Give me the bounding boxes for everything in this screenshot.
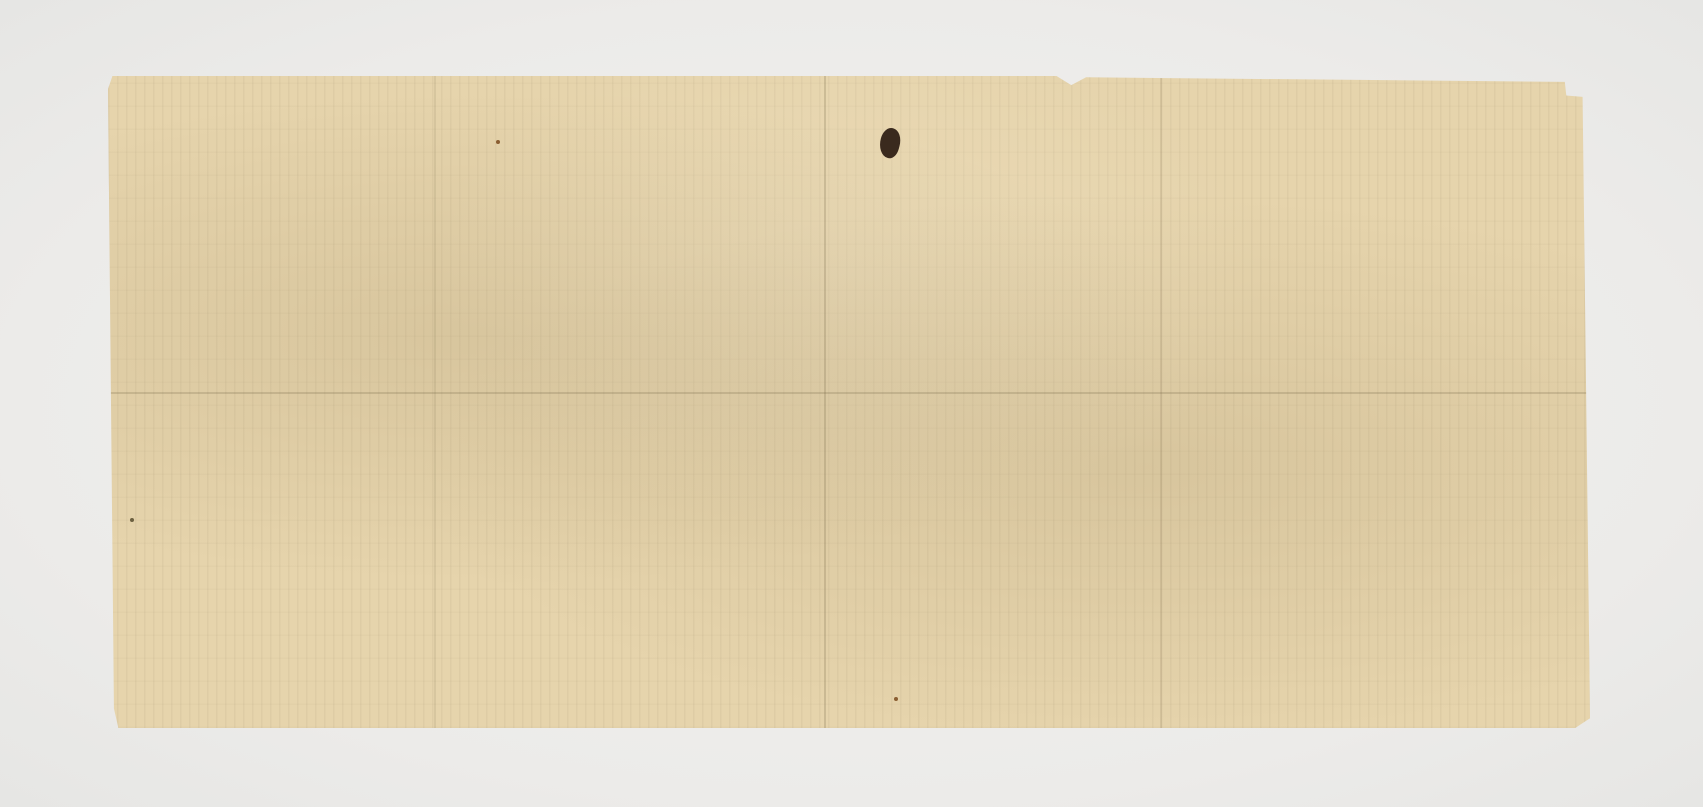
vertical-fold-line-center [824,76,826,728]
vertical-fold-line-left [434,76,436,728]
horizontal-fold-line [108,392,1590,394]
paper-speck [496,140,500,144]
paper-speck [894,697,898,701]
paper-speck [130,518,134,522]
vertical-fold-line-right [1160,76,1162,728]
banknote-reverse [108,76,1590,728]
